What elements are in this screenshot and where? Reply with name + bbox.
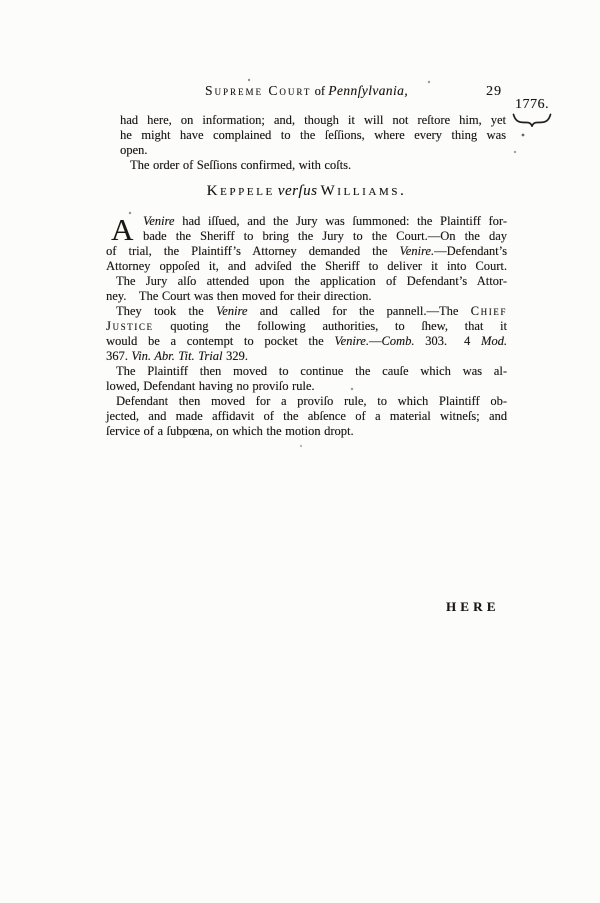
page-number: 29 — [486, 84, 502, 100]
italic-segment: Venire. — [334, 334, 369, 348]
running-title-of: of — [315, 84, 325, 98]
text-line: of trial, the Plaintiff’s Attorney deman… — [106, 244, 507, 259]
text-line: ney. The Court was then moved for their … — [106, 289, 507, 304]
text-line: open. — [120, 143, 506, 158]
paragraph-venire-issued: Venire had iſſued, and the Jury was ſumm… — [106, 214, 507, 274]
text-segment: had iſſued, and the Jury was ſummoned: t… — [174, 214, 507, 228]
text-segment: Attorney oppoſed it, and adviſed the She… — [106, 259, 507, 273]
text-line: Justice quoting the following authoritie… — [106, 319, 507, 334]
text-line: Defendant then moved for a proviſo rule,… — [106, 394, 507, 409]
text-line: bade the Sheriff to bring the Jury to th… — [106, 229, 507, 244]
italic-segment: Venire. — [399, 244, 434, 258]
catchword: HERE — [446, 599, 500, 615]
paragraph-jury-attended: The Jury alſo attended upon the applicat… — [106, 274, 507, 304]
text-segment: — — [369, 334, 382, 348]
paragraph-continuance: The Plaintiff then moved to continue the… — [106, 364, 507, 394]
paragraph-chief-justice: They took the Venire and called for the … — [106, 304, 507, 364]
smallcaps-segment: Justice — [106, 319, 154, 333]
text-line: ſervice of a ſubpœna, on which the motio… — [106, 424, 507, 439]
text-line: lowed, Defendant having no proviſo rule. — [106, 379, 507, 394]
text-line: 367. Vin. Abr. Tit. Trial 329. — [106, 349, 507, 364]
text-line: The order of Seſſions confirmed, with co… — [120, 158, 506, 173]
scanned-page: Supreme Court of Pennſylvania, 29 1776. … — [0, 0, 600, 903]
text-segment: bade the Sheriff to bring the Jury to th… — [143, 229, 507, 243]
case-party-1: Keppele — [207, 183, 275, 199]
text-line: They took the Venire and called for the … — [106, 304, 507, 319]
text-segment: he might have complained to the ſeſſions… — [120, 128, 506, 142]
text-segment: The Plaintiff then moved to continue the… — [116, 364, 507, 378]
italic-segment: Venire — [143, 214, 174, 228]
year-label: 1776. — [506, 97, 558, 112]
case-title: KeppeleverſusWilliams. — [106, 182, 507, 201]
text-segment: Defendant then moved for a proviſo rule,… — [116, 394, 507, 408]
text-line: he might have complained to the ſeſſions… — [120, 128, 506, 143]
text-line: The Jury alſo attended upon the applicat… — [106, 274, 507, 289]
italic-segment: Mod. — [481, 334, 507, 348]
case-party-2: Williams. — [320, 183, 406, 199]
text-segment: of trial, the Plaintiff’s Attorney deman… — [106, 244, 399, 258]
text-segment: 329. — [222, 349, 247, 363]
case-versus: verſus — [278, 183, 318, 199]
paragraph-proviso-rule: Defendant then moved for a proviſo rule,… — [106, 394, 507, 439]
running-title-jurisdiction: Pennſylvania, — [328, 83, 408, 98]
text-segment: open. — [120, 143, 147, 157]
text-line: The Plaintiff then moved to continue the… — [106, 364, 507, 379]
text-line: Attorney oppoſed it, and adviſed the She… — [106, 259, 507, 274]
italic-segment: Comb. — [381, 334, 414, 348]
text-segment: lowed, Defendant having no proviſo rule. — [106, 379, 315, 393]
text-segment: They took the — [116, 304, 216, 318]
text-segment: had here, on information; and, though it… — [120, 113, 506, 127]
text-line: had here, on information; and, though it… — [120, 113, 506, 128]
text-line: jected, and made affidavit of the abſenc… — [106, 409, 507, 424]
curly-brace-icon — [511, 113, 553, 127]
case-body: Venire had iſſued, and the Jury was ſumm… — [106, 214, 507, 439]
text-segment: ney. The Court was then moved for their … — [106, 289, 371, 303]
scan-noise — [0, 0, 2, 2]
running-title-court: Supreme Court — [205, 83, 311, 98]
italic-segment: Venire — [216, 304, 247, 318]
text-segment: —Defendant’s — [434, 244, 507, 258]
text-segment: and called for the pannell.—The — [247, 304, 470, 318]
text-segment: would be a contempt to pocket the — [106, 334, 334, 348]
margin-year-note: 1776. — [506, 97, 558, 127]
smallcaps-segment: Chief — [471, 304, 507, 318]
text-line: would be a contempt to pocket the Venire… — [106, 334, 507, 349]
text-segment: The order of Seſſions confirmed, with co… — [130, 158, 351, 172]
text-segment: 303. 4 — [414, 334, 481, 348]
paragraph-sessions-continuation: had here, on information; and, though it… — [120, 113, 506, 173]
text-segment: jected, and made affidavit of the abſenc… — [106, 409, 507, 423]
text-segment: quoting the following authorities, to ſh… — [154, 319, 507, 333]
text-segment: 367. — [106, 349, 131, 363]
running-header: Supreme Court of Pennſylvania, — [106, 82, 507, 100]
text-segment: ſervice of a ſubpœna, on which the motio… — [106, 424, 354, 438]
text-line: Venire had iſſued, and the Jury was ſumm… — [106, 214, 507, 229]
text-segment: The Jury alſo attended upon the applicat… — [116, 274, 507, 288]
italic-segment: Vin. Abr. Tit. Trial — [131, 349, 222, 363]
